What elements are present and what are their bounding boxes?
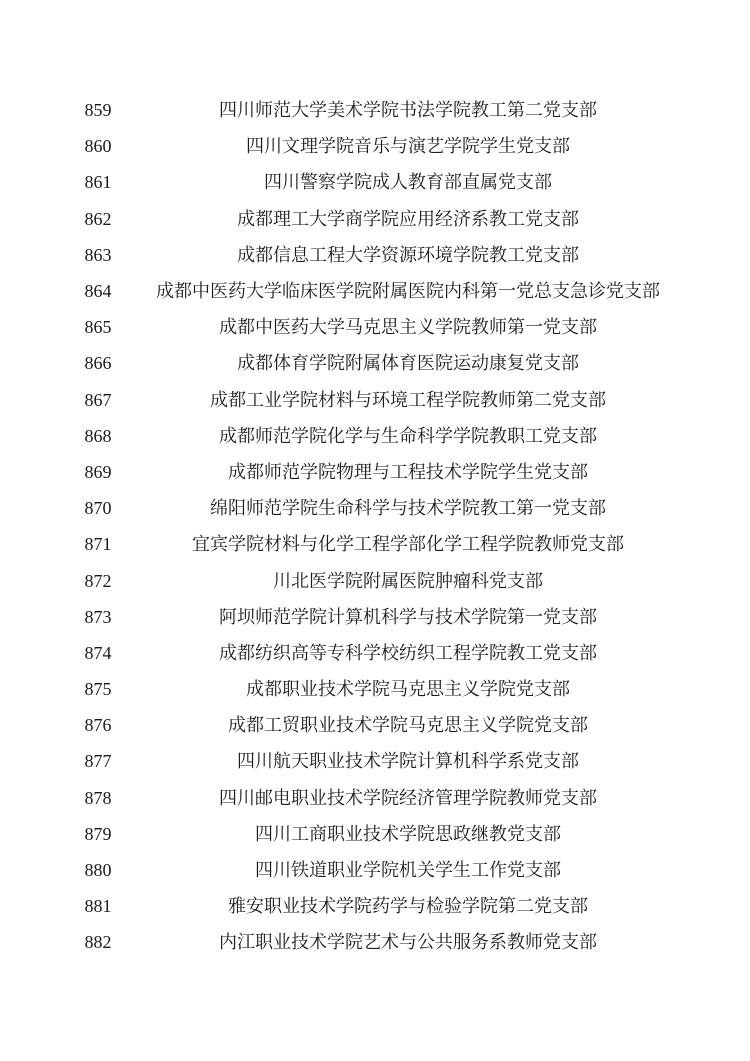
- table-row: 867成都工业学院材料与环境工程学院教师第二党支部: [0, 382, 750, 418]
- row-number: 870: [40, 499, 156, 517]
- branch-name: 四川师范大学美术学院书法学院教工第二党支部: [156, 101, 660, 119]
- table-row: 870绵阳师范学院生命科学与技术学院教工第一党支部: [0, 490, 750, 526]
- row-number: 880: [40, 861, 156, 879]
- table-row: 866成都体育学院附属体育医院运动康复党支部: [0, 345, 750, 381]
- branch-name: 成都师范学院化学与生命科学学院教职工党支部: [156, 427, 660, 445]
- table-row: 862成都理工大学商学院应用经济系教工党支部: [0, 201, 750, 237]
- table-row: 878四川邮电职业技术学院经济管理学院教师党支部: [0, 780, 750, 816]
- table-row: 861四川警察学院成人教育部直属党支部: [0, 164, 750, 200]
- row-number: 874: [40, 644, 156, 662]
- branch-name: 阿坝师范学院计算机科学与技术学院第一党支部: [156, 608, 660, 626]
- table-row: 860四川文理学院音乐与演艺学院学生党支部: [0, 128, 750, 164]
- row-number: 861: [40, 173, 156, 191]
- branch-name: 四川工商职业技术学院思政继教党支部: [156, 825, 660, 843]
- row-number: 872: [40, 572, 156, 590]
- table-row: 875成都职业技术学院马克思主义学院党支部: [0, 671, 750, 707]
- row-number: 864: [40, 282, 156, 300]
- row-number: 862: [40, 210, 156, 228]
- row-number: 860: [40, 137, 156, 155]
- table-row: 863成都信息工程大学资源环境学院教工党支部: [0, 237, 750, 273]
- table-row: 876成都工贸职业技术学院马克思主义学院党支部: [0, 707, 750, 743]
- branch-name: 成都师范学院物理与工程技术学院学生党支部: [156, 463, 660, 481]
- table-row: 859四川师范大学美术学院书法学院教工第二党支部: [0, 92, 750, 128]
- table-row: 868成都师范学院化学与生命科学学院教职工党支部: [0, 418, 750, 454]
- branch-name: 成都信息工程大学资源环境学院教工党支部: [156, 246, 660, 264]
- table-row: 865成都中医药大学马克思主义学院教师第一党支部: [0, 309, 750, 345]
- table-row: 882内江职业技术学院艺术与公共服务系教师党支部: [0, 924, 750, 960]
- branch-name: 四川警察学院成人教育部直属党支部: [156, 173, 660, 191]
- table-row: 864成都中医药大学临床医学院附属医院内科第一党总支急诊党支部: [0, 273, 750, 309]
- row-number: 868: [40, 427, 156, 445]
- branch-name: 雅安职业技术学院药学与检验学院第二党支部: [156, 897, 660, 915]
- party-branch-list: 859四川师范大学美术学院书法学院教工第二党支部860四川文理学院音乐与演艺学院…: [0, 92, 750, 961]
- table-row: 880四川铁道职业学院机关学生工作党支部: [0, 852, 750, 888]
- branch-name: 四川文理学院音乐与演艺学院学生党支部: [156, 137, 660, 155]
- row-number: 881: [40, 897, 156, 915]
- row-number: 865: [40, 318, 156, 336]
- branch-name: 成都工贸职业技术学院马克思主义学院党支部: [156, 716, 660, 734]
- row-number: 867: [40, 391, 156, 409]
- branch-name: 四川航天职业技术学院计算机科学系党支部: [156, 752, 660, 770]
- row-number: 866: [40, 354, 156, 372]
- branch-name: 川北医学院附属医院肿瘤科党支部: [156, 572, 660, 590]
- table-row: 881雅安职业技术学院药学与检验学院第二党支部: [0, 888, 750, 924]
- branch-name: 成都职业技术学院马克思主义学院党支部: [156, 680, 660, 698]
- row-number: 879: [40, 825, 156, 843]
- row-number: 863: [40, 246, 156, 264]
- table-row: 874成都纺织高等专科学校纺织工程学院教工党支部: [0, 635, 750, 671]
- branch-name: 四川邮电职业技术学院经济管理学院教师党支部: [156, 789, 660, 807]
- branch-name: 宜宾学院材料与化学工程学部化学工程学院教师党支部: [156, 535, 660, 553]
- document-page: 859四川师范大学美术学院书法学院教工第二党支部860四川文理学院音乐与演艺学院…: [0, 0, 750, 1061]
- branch-name: 成都中医药大学马克思主义学院教师第一党支部: [156, 318, 660, 336]
- branch-name: 成都中医药大学临床医学院附属医院内科第一党总支急诊党支部: [156, 282, 660, 300]
- row-number: 869: [40, 463, 156, 481]
- branch-name: 绵阳师范学院生命科学与技术学院教工第一党支部: [156, 499, 660, 517]
- row-number: 871: [40, 535, 156, 553]
- row-number: 882: [40, 933, 156, 951]
- table-row: 873阿坝师范学院计算机科学与技术学院第一党支部: [0, 599, 750, 635]
- table-row: 877四川航天职业技术学院计算机科学系党支部: [0, 743, 750, 779]
- table-row: 879四川工商职业技术学院思政继教党支部: [0, 816, 750, 852]
- row-number: 873: [40, 608, 156, 626]
- row-number: 877: [40, 752, 156, 770]
- table-row: 872川北医学院附属医院肿瘤科党支部: [0, 562, 750, 598]
- row-number: 875: [40, 680, 156, 698]
- branch-name: 四川铁道职业学院机关学生工作党支部: [156, 861, 660, 879]
- branch-name: 内江职业技术学院艺术与公共服务系教师党支部: [156, 933, 660, 951]
- row-number: 859: [40, 101, 156, 119]
- branch-name: 成都工业学院材料与环境工程学院教师第二党支部: [156, 391, 660, 409]
- table-row: 871宜宾学院材料与化学工程学部化学工程学院教师党支部: [0, 526, 750, 562]
- branch-name: 成都理工大学商学院应用经济系教工党支部: [156, 210, 660, 228]
- table-row: 869成都师范学院物理与工程技术学院学生党支部: [0, 454, 750, 490]
- branch-name: 成都体育学院附属体育医院运动康复党支部: [156, 354, 660, 372]
- row-number: 876: [40, 716, 156, 734]
- row-number: 878: [40, 789, 156, 807]
- branch-name: 成都纺织高等专科学校纺织工程学院教工党支部: [156, 644, 660, 662]
